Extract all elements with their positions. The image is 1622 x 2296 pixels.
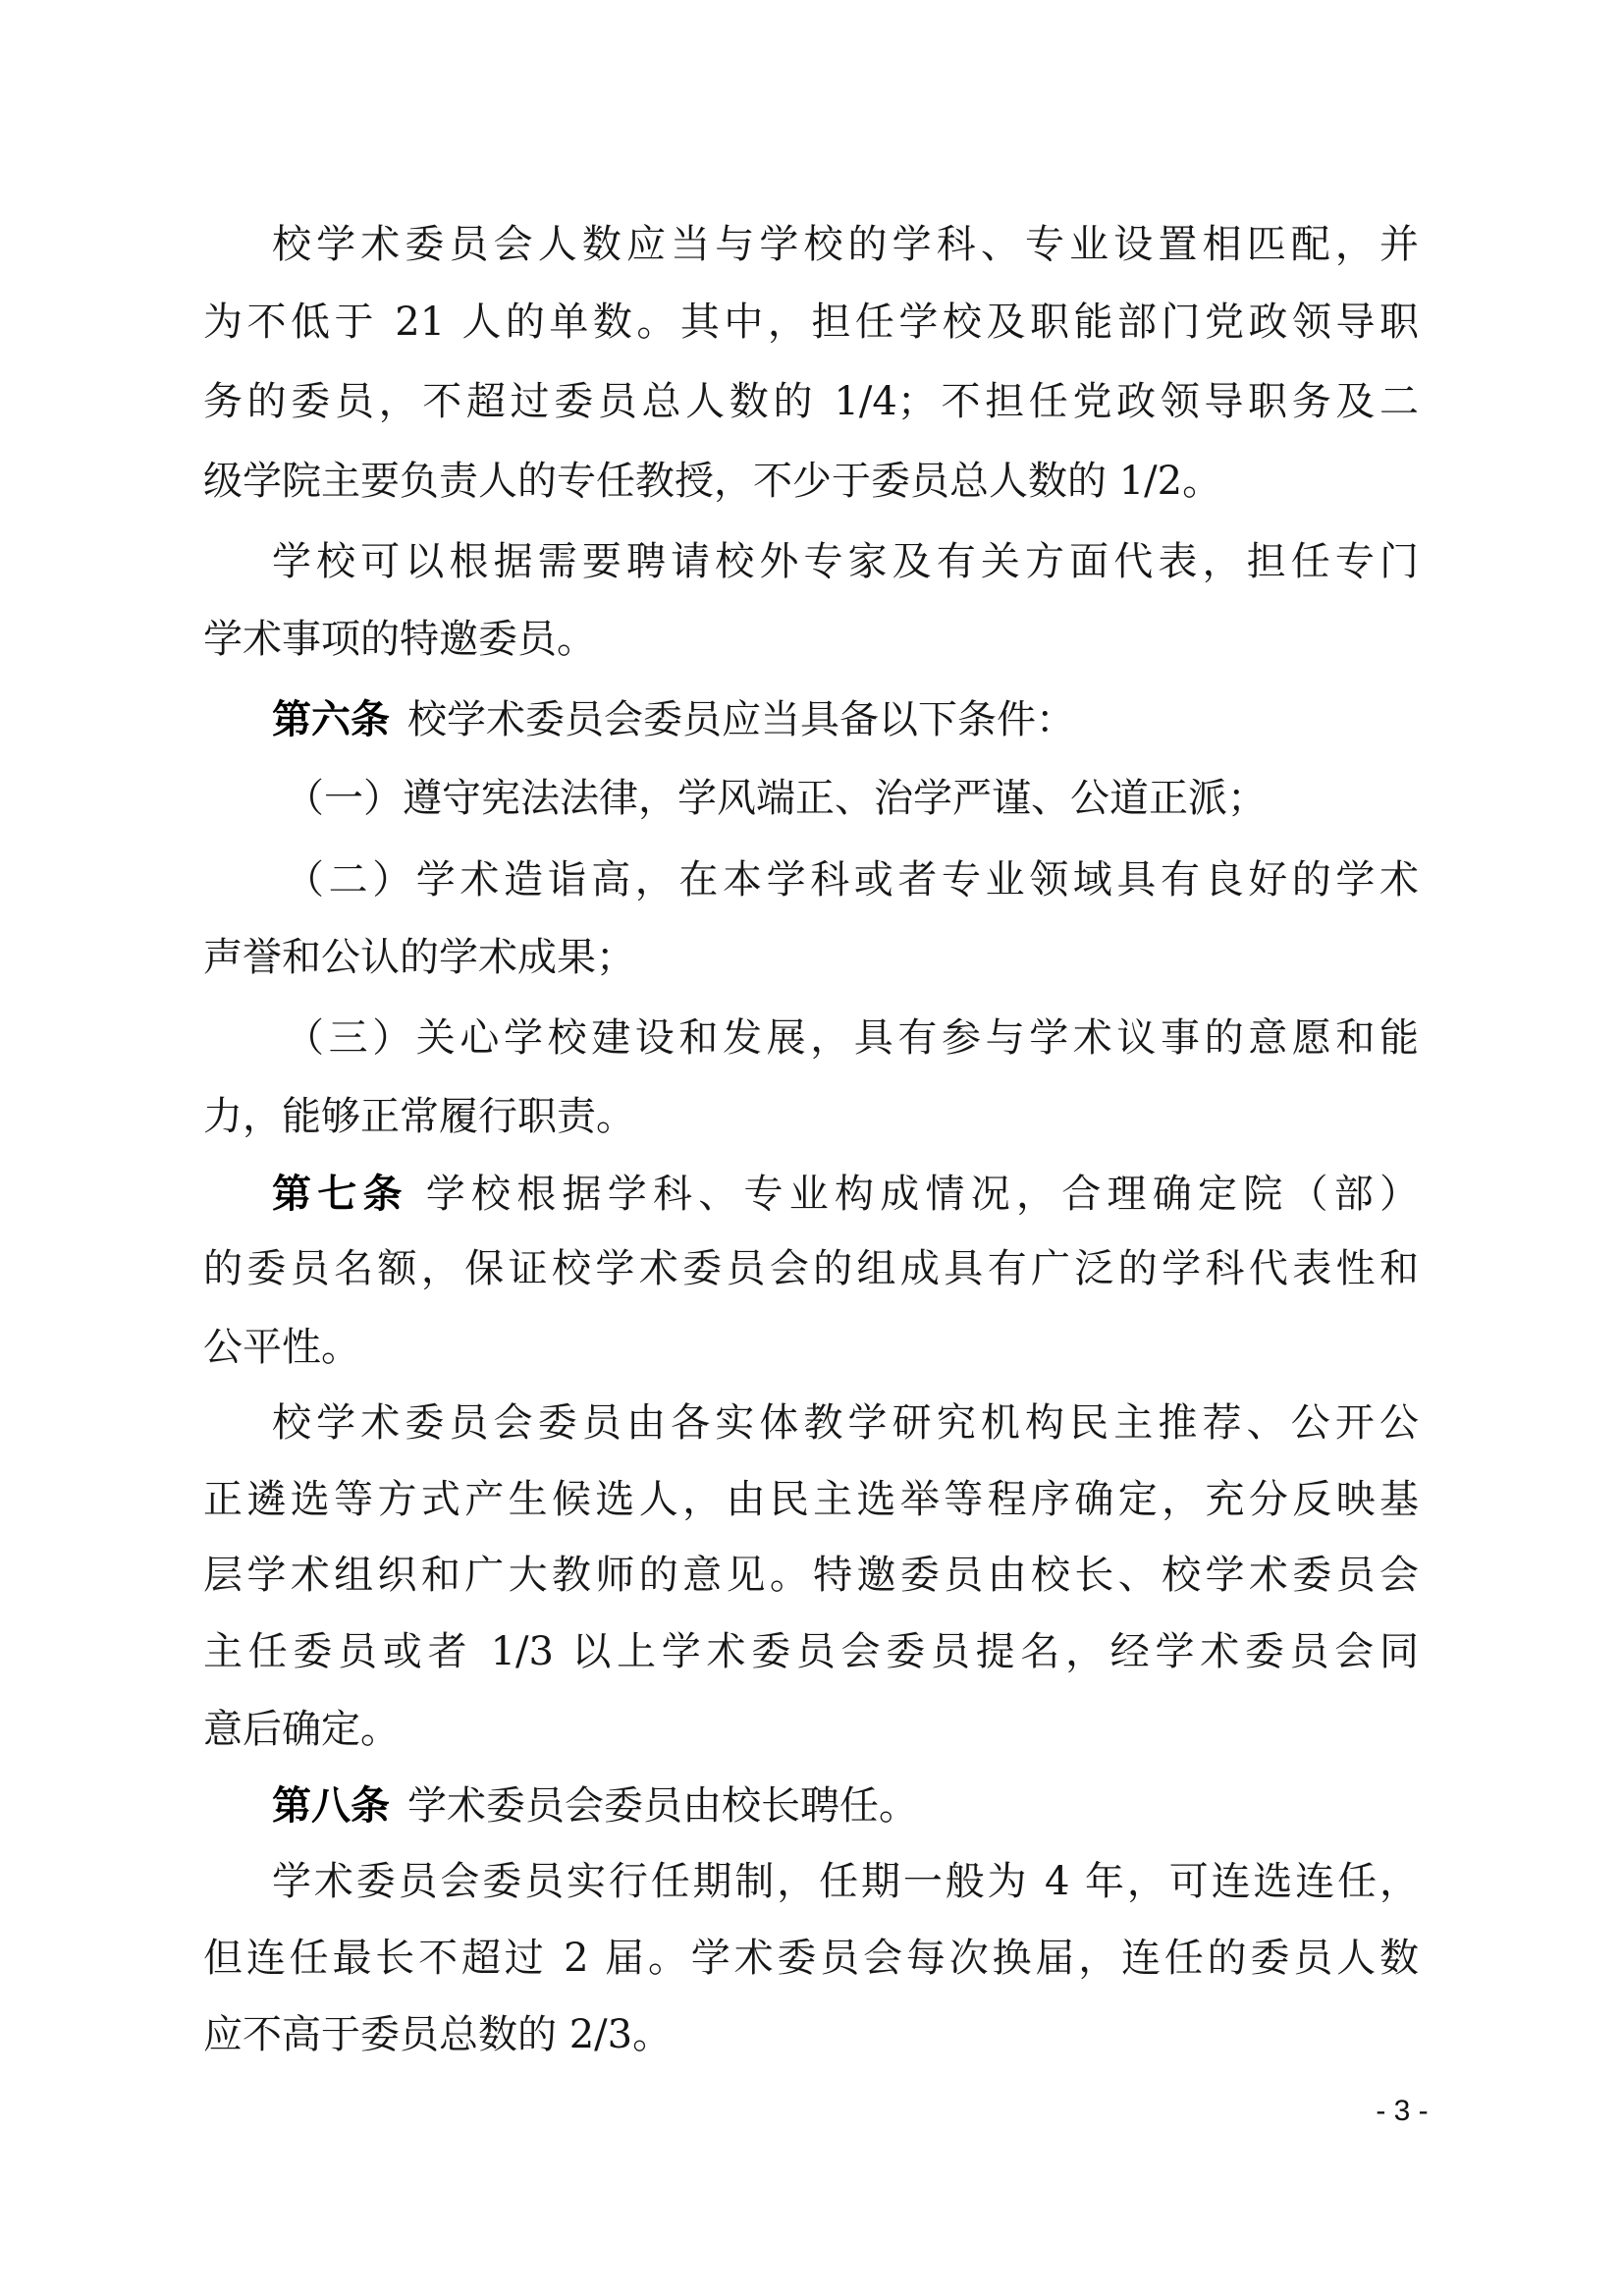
paragraph-line: 应不高于委员总数的 2/3。 xyxy=(203,2005,1419,2064)
paragraph-line: 学术委员会委员实行任期制，任期一般为 4 年，可连选连任， xyxy=(272,1852,1419,1911)
article-heading: 第六条 xyxy=(272,697,390,742)
article-heading: 第七条 xyxy=(272,1172,408,1217)
paragraph-line: 级学院主要负责人的专任教授，不少于委员总人数的 1/2。 xyxy=(203,452,1419,511)
article-6: 第六条校学术委员会委员应当具备以下条件： xyxy=(272,690,1419,749)
article-text: 校学术委员会委员应当具备以下条件： xyxy=(407,697,1075,742)
list-item: （一）遵守宪法法律，学风端正、治学严谨、公道正派； xyxy=(285,769,1419,828)
article-7: 第七条学校根据学科、专业构成情况，合理确定院（部） xyxy=(272,1165,1419,1224)
paragraph-line: 意后确定。 xyxy=(203,1700,1419,1759)
paragraph-line: 学术事项的特邀委员。 xyxy=(203,610,1419,669)
paragraph-line: 的委员名额，保证校学术委员会的组成具有广泛的学科代表性和 xyxy=(203,1239,1419,1298)
list-item: （二）学术造诣高，在本学科或者专业领域具有良好的学术 xyxy=(285,850,1419,909)
paragraph-line: 为不低于 21 人的单数。其中，担任学校及职能部门党政领导职 xyxy=(203,293,1419,352)
paragraph-line: 层学术组织和广大教师的意见。特邀委员由校长、校学术委员会 xyxy=(203,1546,1419,1605)
paragraph-line: 学校可以根据需要聘请校外专家及有关方面代表，担任专门 xyxy=(272,532,1419,591)
paragraph-line: 务的委员，不超过委员总人数的 1/4；不担任党政领导职务及二 xyxy=(203,372,1419,431)
paragraph-line: 主任委员或者 1/3 以上学术委员会委员提名，经学术委员会同 xyxy=(203,1622,1419,1681)
article-8: 第八条学术委员会委员由校长聘任。 xyxy=(272,1777,1419,1835)
paragraph-line: 校学术委员会委员由各实体教学研究机构民主推荐、公开公 xyxy=(272,1394,1419,1452)
article-text: 学校根据学科、专业构成情况，合理确定院（部） xyxy=(426,1172,1419,1217)
article-heading: 第八条 xyxy=(272,1783,390,1829)
list-item: （三）关心学校建设和发展，具有参与学术议事的意愿和能 xyxy=(285,1009,1419,1067)
paragraph-line: 正遴选等方式产生候选人，由民主选举等程序确定，充分反映基 xyxy=(203,1470,1419,1529)
list-item-continuation: 力，能够正常履行职责。 xyxy=(203,1087,1419,1146)
paragraph-line: 校学术委员会人数应当与学校的学科、专业设置相匹配，并 xyxy=(272,215,1419,274)
paragraph-line: 但连任最长不超过 2 届。学术委员会每次换届，连任的委员人数 xyxy=(203,1929,1419,1988)
list-item-continuation: 声誉和公认的学术成果； xyxy=(203,928,1419,987)
paragraph-line: 公平性。 xyxy=(203,1318,1419,1377)
article-text: 学术委员会委员由校长聘任。 xyxy=(407,1783,918,1829)
document-page: 校学术委员会人数应当与学校的学科、专业设置相匹配，并 为不低于 21 人的单数。… xyxy=(0,0,1622,2296)
page-number: - 3 - xyxy=(1363,2090,1441,2133)
